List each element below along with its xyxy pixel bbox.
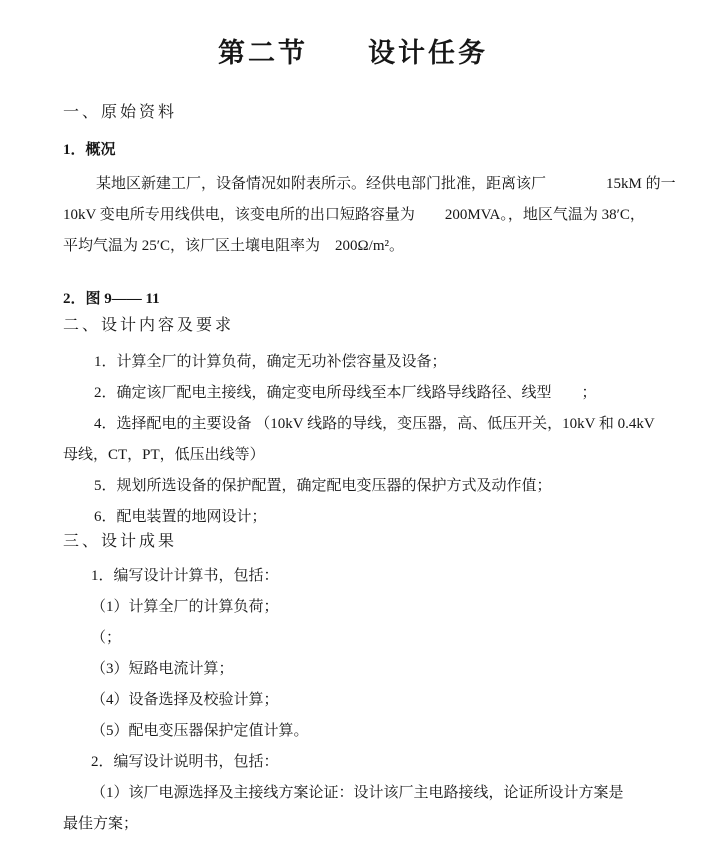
section-1-heading: 一、原始资料	[63, 102, 643, 124]
requirements-list: 1．计算全厂的计算负荷，确定无功补偿容量及设备； 2．确定该厂配电主接线，确定变…	[63, 347, 643, 533]
requirement-item-continuation: 母线，CT，PT，低压出线等）	[63, 440, 643, 471]
requirement-item: 5．规划所选设备的保护配置，确定配电变压器的保护方式及动作值；	[63, 471, 643, 502]
deliverable-item: 1．编写设计计算书，包括：	[63, 561, 643, 592]
deliverable-item: （5）配电变压器保护定值计算。	[63, 716, 643, 747]
deliverable-item: （3）短路电流计算；	[63, 654, 643, 685]
deliverable-item-continuation: 最佳方案；	[63, 809, 643, 840]
paragraph-line: 某地区新建工厂，设备情况如附表所示。经供电部门批准，距离该厂 15kM 的一	[63, 169, 643, 200]
deliverable-item: （；	[63, 623, 643, 654]
paragraph-line: 10kV 变电所专用线供电，该变电所的出口短路容量为 200MVA。，地区气温为…	[63, 200, 643, 231]
figure-heading: 2．图 9—— 11	[63, 284, 643, 315]
requirement-item: 6．配电装置的地网设计；	[63, 502, 643, 533]
section-2-heading: 二、设计内容及要求	[63, 315, 643, 337]
overview-paragraph: 某地区新建工厂，设备情况如附表所示。经供电部门批准，距离该厂 15kM 的一 1…	[63, 169, 643, 262]
deliverable-item: （1）该厂电源选择及主接线方案论证：设计该厂主电路接线，论证所设计方案是	[63, 778, 643, 809]
paragraph-line: 平均气温为 25′C，该厂区土壤电阻率为 200Ω/m²。	[63, 231, 643, 262]
requirement-item: 4．选择配电的主要设备 （10kV 线路的导线，变压器，高、低压开关，10kV …	[63, 409, 643, 440]
section-3-heading: 三、设计成果	[63, 531, 643, 553]
overview-heading: 1．概况	[63, 141, 643, 159]
requirement-item: 2．确定该厂配电主接线，确定变电所母线至本厂线路导线路径、线型 ；	[63, 378, 643, 409]
document-page: 第二节 设计任务 一、原始资料 1．概况 某地区新建工厂，设备情况如附表所示。经…	[0, 0, 703, 861]
deliverable-item: 2．编写设计说明书，包括：	[63, 747, 643, 778]
deliverables-list: 1．编写设计计算书，包括： （1）计算全厂的计算负荷； （； （3）短路电流计算…	[63, 561, 643, 840]
requirement-item: 1．计算全厂的计算负荷，确定无功补偿容量及设备；	[63, 347, 643, 378]
page-title: 第二节 设计任务	[63, 34, 643, 72]
deliverable-item: （1）计算全厂的计算负荷；	[63, 592, 643, 623]
deliverable-item: （4）设备选择及校验计算；	[63, 685, 643, 716]
